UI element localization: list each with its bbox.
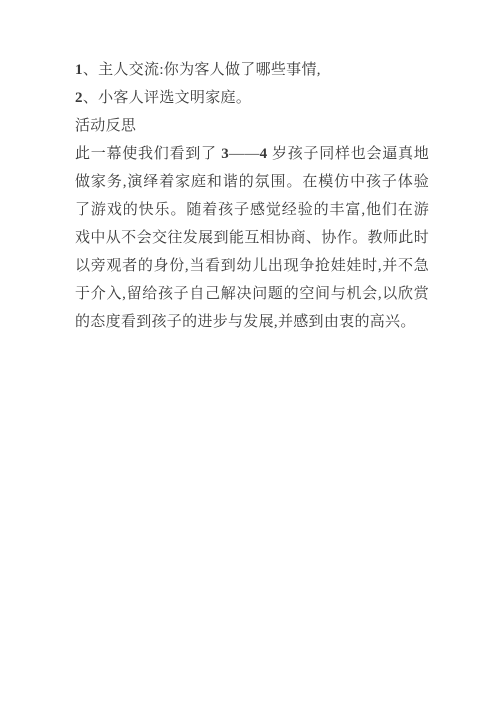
text-segment: 、主人交流:你为客人做了哪些事情, [83,62,321,78]
reflection-paragraph: 此一幕使我们看到了 3——4 岁孩子同样也会逼真地做家务,演绎着家庭和谐的氛围。… [75,140,429,336]
list-item-2: 2、小客人评选文明家庭。 [75,84,429,112]
text-segment: 2 [75,90,83,106]
text-segment: 、小客人评选文明家庭。 [83,90,251,106]
text-segment: —— [229,146,260,162]
text-segment: 活动反思 [75,118,136,134]
text-segment: 岁孩子同样也会逼真地做家务,演绎着家庭和谐的氛围。在模仿中孩子体验了游戏的快乐。… [75,146,429,330]
section-heading: 活动反思 [75,112,429,140]
document-body: 1、主人交流:你为客人做了哪些事情, 2、小客人评选文明家庭。 活动反思 此一幕… [75,56,429,336]
text-segment: 1 [75,62,83,78]
document-page: 1、主人交流:你为客人做了哪些事情, 2、小客人评选文明家庭。 活动反思 此一幕… [0,0,500,707]
list-item-1: 1、主人交流:你为客人做了哪些事情, [75,56,429,84]
text-segment: 3 [221,146,229,162]
text-segment: 此一幕使我们看到了 [75,146,221,162]
